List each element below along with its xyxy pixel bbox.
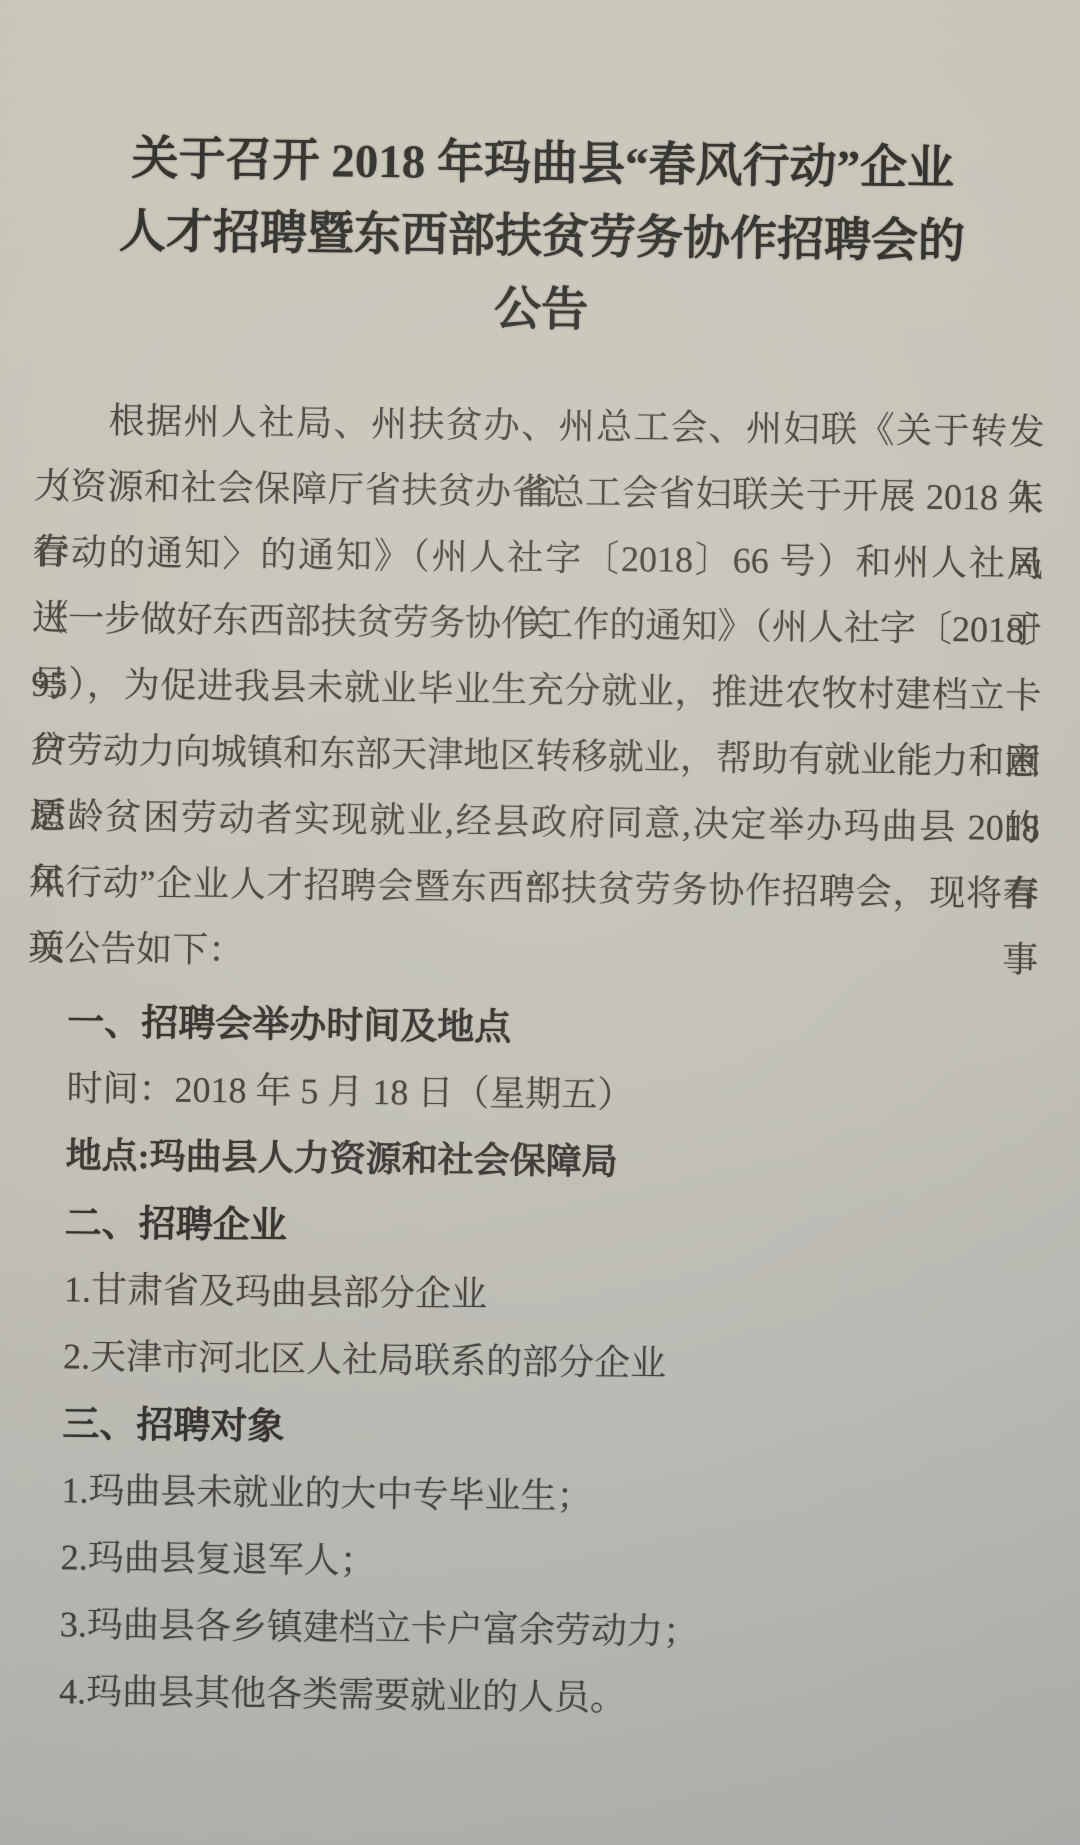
section-3-item-1: 1.玛曲县未就业的大中专毕业生； [21,1457,1032,1536]
paragraph-line: 号），为促进我县未就业毕业生充分就业，推进农牧村建档立卡贫困 [31,651,1042,729]
paragraph-line: 户劳动力向城镇和东部天津地区转移就业，帮助有就业能力和意愿的 [30,717,1041,795]
section-2-item-2: 2.天津市河北区人社局联系的部分企业 [23,1323,1034,1402]
title-line-1: 关于召开 2018 年玛曲县“春风行动”企业 [43,122,1042,207]
notice-sections: 一、招聘会举办时间及地点 时间：2018 年 5 月 18 日（星期五） 地点:… [19,988,1038,1737]
paragraph-line: 行动的通知〉的通知》（州人社字〔2018〕66 号）和州人社局《关于 [33,519,1044,597]
section-1-heading: 一、招聘会举办时间及地点 [27,988,1038,1067]
notice-document: 关于召开 2018 年玛曲县“春风行动”企业 人才招聘暨东西部扶贫劳务协作招聘会… [19,0,1050,1737]
section-3-item-2: 2.玛曲县复退军人； [20,1524,1031,1603]
title-line-3: 公告 [42,268,1041,353]
title-line-2: 人才招聘暨东西部扶贫劳务协作招聘会的 [42,195,1041,280]
paragraph-line: 力资源和社会保障厅省扶贫办省总工会省妇联关于开展 2018 年春风 [33,453,1044,531]
paragraph-line: 进一步做好东西部扶贫劳务协作工作的通知》（州人社字〔2018〕95 [32,585,1043,663]
section-2-item-1: 1.甘肃省及玛曲县部分企业 [24,1256,1035,1335]
paragraph-line: 根据州人社局、州扶贫办、州总工会、州妇联《关于转发〈省人 [34,387,1045,465]
paragraph-line: 适龄贫困劳动者实现就业,经县政府同意,决定举办玛曲县 2018 年“春 [29,783,1040,861]
photo-paper-background: 关于召开 2018 年玛曲县“春风行动”企业 人才招聘暨东西部扶贫劳务协作招聘会… [0,0,1080,1845]
section-3-heading: 三、招聘对象 [22,1390,1033,1469]
paragraph-line: 风行动”企业人才招聘会暨东西部扶贫劳务协作招聘会，现将有关事 [29,849,1040,927]
notice-title: 关于召开 2018 年玛曲县“春风行动”企业 人才招聘暨东西部扶贫劳务协作招聘会… [42,122,1043,353]
section-3-item-4: 4.玛曲县其他各类需要就业的人员。 [19,1658,1030,1737]
section-2-heading: 二、招聘企业 [24,1189,1035,1268]
section-3-item-3: 3.玛曲县各乡镇建档立卡户富余劳动力； [20,1591,1031,1670]
section-1-item-location: 地点:玛曲县人力资源和社会保障局 [25,1122,1036,1201]
section-1-item-time: 时间：2018 年 5 月 18 日（星期五） [26,1055,1037,1134]
intro-paragraph: 根据州人社局、州扶贫办、州总工会、州妇联《关于转发〈省人 力资源和社会保障厅省扶… [28,387,1045,993]
